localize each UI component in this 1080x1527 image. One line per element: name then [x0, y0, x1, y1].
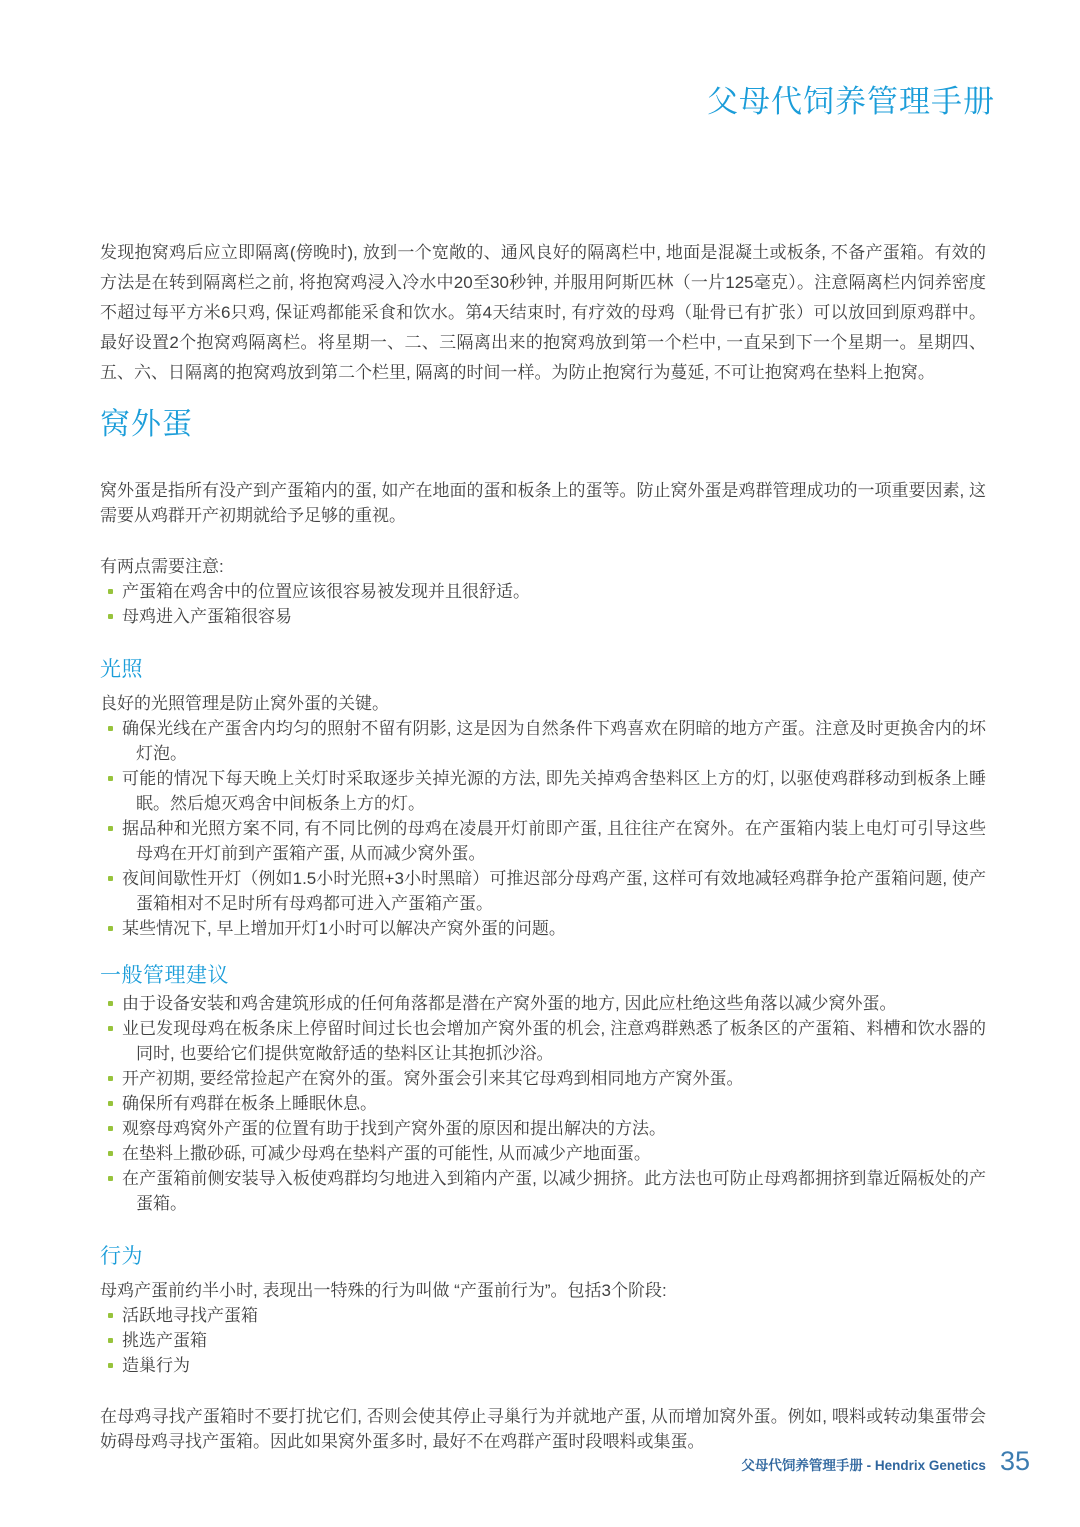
behavior-intro-paragraph: 母鸡产蛋前约半小时, 表现出一特殊的行为叫做 “产蛋前行为”。包括3个阶段: [100, 1278, 986, 1303]
bullet-text: 活跃地寻找产蛋箱 [122, 1306, 258, 1325]
bullet-item: 业已发现母鸡在板条床上停留时间过长也会增加产窝外蛋的机会, 注意鸡群熟悉了板条区… [100, 1016, 986, 1066]
bullet-icon [108, 876, 113, 881]
bullet-text: 某些情况下, 早上增加开灯1小时可以解决产窝外蛋的问题。 [122, 919, 566, 938]
floor-eggs-intro-paragraph: 窝外蛋是指所有没产到产蛋箱内的蛋, 如产在地面的蛋和板条上的蛋等。防止窝外蛋是鸡… [100, 478, 986, 528]
bullet-item: 活跃地寻找产蛋箱 [100, 1303, 986, 1328]
bullet-item: 确保光线在产蛋舍内均匀的照射不留有阴影, 这是因为自然条件下鸡喜欢在阴暗的地方产… [100, 716, 986, 766]
bullet-item: 开产初期, 要经常捡起产在窝外的蛋。窝外蛋会引来其它母鸡到相同地方产窝外蛋。 [100, 1066, 986, 1091]
page-footer: 父母代饲养管理手册 - Hendrix Genetics 35 [741, 1446, 1030, 1477]
bullet-item: 可能的情况下每天晚上关灯时采取逐步关掉光源的方法, 即先关掉鸡舍垫料区上方的灯,… [100, 766, 986, 816]
bullet-item: 夜间间歇性开灯（例如1.5小时光照+3小时黑暗）可推迟部分母鸡产蛋, 这样可有效… [100, 866, 986, 916]
bullet-text: 确保光线在产蛋舍内均匀的照射不留有阴影, 这是因为自然条件下鸡喜欢在阴暗的地方产… [122, 719, 986, 763]
bullet-icon [108, 1338, 113, 1343]
subsection-title-lighting: 光照 [100, 655, 986, 685]
page-content: 发现抱窝鸡后应立即隔离(傍晚时), 放到一个宽敞的、通风良好的隔离栏中, 地面是… [100, 0, 986, 1454]
bullet-icon [108, 589, 113, 594]
bullet-icon [108, 826, 113, 831]
bullet-item: 某些情况下, 早上增加开灯1小时可以解决产窝外蛋的问题。 [100, 916, 986, 941]
behavior-stages-list: 活跃地寻找产蛋箱挑选产蛋箱造巢行为 [100, 1303, 986, 1378]
bullet-text: 观察母鸡窝外产蛋的位置有助于找到产窝外蛋的原因和提出解决的方法。 [122, 1119, 666, 1138]
lighting-recommendations-list: 确保光线在产蛋舍内均匀的照射不留有阴影, 这是因为自然条件下鸡喜欢在阴暗的地方产… [100, 716, 986, 941]
bullet-item: 在垫料上撒砂砾, 可减少母鸡在垫料产蛋的可能性, 从而减少产地面蛋。 [100, 1141, 986, 1166]
bullet-text: 在垫料上撒砂砾, 可减少母鸡在垫料产蛋的可能性, 从而减少产地面蛋。 [122, 1144, 651, 1163]
bullet-icon [108, 1363, 113, 1368]
bullet-icon [108, 1001, 113, 1006]
bullet-text: 母鸡进入产蛋箱很容易 [122, 607, 292, 626]
bullet-icon [108, 1151, 113, 1156]
bullet-icon [108, 1076, 113, 1081]
bullet-item: 在产蛋箱前侧安装导入板使鸡群均匀地进入到箱内产蛋, 以减少拥挤。此方法也可防止母… [100, 1166, 986, 1216]
bullet-icon [108, 1026, 113, 1031]
bullet-text: 由于设备安装和鸡舍建筑形成的任何角落都是潜在产窝外蛋的地方, 因此应杜绝这些角落… [122, 994, 896, 1013]
bullet-icon [108, 614, 113, 619]
floor-eggs-note-label: 有两点需要注意: [100, 554, 986, 579]
bullet-icon [108, 1101, 113, 1106]
floor-eggs-note-list: 产蛋箱在鸡舍中的位置应该很容易被发现并且很舒适。母鸡进入产蛋箱很容易 [100, 579, 986, 629]
bullet-text: 可能的情况下每天晚上关灯时采取逐步关掉光源的方法, 即先关掉鸡舍垫料区上方的灯,… [122, 769, 986, 813]
bullet-text: 据品种和光照方案不同, 有不同比例的母鸡在凌晨开灯前即产蛋, 且往往产在窝外。在… [122, 819, 986, 863]
bullet-text: 开产初期, 要经常捡起产在窝外的蛋。窝外蛋会引来其它母鸡到相同地方产窝外蛋。 [122, 1069, 743, 1088]
bullet-text: 夜间间歇性开灯（例如1.5小时光照+3小时黑暗）可推迟部分母鸡产蛋, 这样可有效… [122, 869, 986, 913]
bullet-item: 产蛋箱在鸡舍中的位置应该很容易被发现并且很舒适。 [100, 579, 986, 604]
bullet-item: 据品种和光照方案不同, 有不同比例的母鸡在凌晨开灯前即产蛋, 且往往产在窝外。在… [100, 816, 986, 866]
lighting-intro-paragraph: 良好的光照管理是防止窝外蛋的关键。 [100, 691, 986, 716]
bullet-item: 挑选产蛋箱 [100, 1328, 986, 1353]
broody-hen-isolation-paragraph: 发现抱窝鸡后应立即隔离(傍晚时), 放到一个宽敞的、通风良好的隔离栏中, 地面是… [100, 238, 986, 388]
footer-manual-name: 父母代饲养管理手册 - Hendrix Genetics [741, 1454, 986, 1474]
bullet-item: 造巢行为 [100, 1353, 986, 1378]
bullet-text: 挑选产蛋箱 [122, 1331, 207, 1350]
bullet-text: 在产蛋箱前侧安装导入板使鸡群均匀地进入到箱内产蛋, 以减少拥挤。此方法也可防止母… [122, 1169, 986, 1213]
bullet-icon [108, 926, 113, 931]
bullet-item: 由于设备安装和鸡舍建筑形成的任何角落都是潜在产窝外蛋的地方, 因此应杜绝这些角落… [100, 991, 986, 1016]
bullet-text: 确保所有鸡群在板条上睡眠休息。 [122, 1094, 377, 1113]
bullet-item: 观察母鸡窝外产蛋的位置有助于找到产窝外蛋的原因和提出解决的方法。 [100, 1116, 986, 1141]
bullet-icon [108, 776, 113, 781]
bullet-icon [108, 1176, 113, 1181]
general-recommendations-list: 由于设备安装和鸡舍建筑形成的任何角落都是潜在产窝外蛋的地方, 因此应杜绝这些角落… [100, 991, 986, 1216]
manual-page: 父母代饲养管理手册 发现抱窝鸡后应立即隔离(傍晚时), 放到一个宽敞的、通风良好… [0, 0, 1080, 1527]
subsection-title-behavior: 行为 [100, 1242, 986, 1272]
bullet-icon [108, 1126, 113, 1131]
subsection-title-general-management: 一般管理建议 [100, 961, 986, 991]
bullet-text: 造巢行为 [122, 1356, 190, 1375]
page-number: 35 [1000, 1446, 1030, 1477]
bullet-icon [108, 1313, 113, 1318]
bullet-item: 确保所有鸡群在板条上睡眠休息。 [100, 1091, 986, 1116]
bullet-item: 母鸡进入产蛋箱很容易 [100, 604, 986, 629]
section-title-floor-eggs: 窝外蛋 [100, 404, 986, 446]
bullet-icon [108, 726, 113, 731]
bullet-text: 业已发现母鸡在板条床上停留时间过长也会增加产窝外蛋的机会, 注意鸡群熟悉了板条区… [122, 1019, 986, 1063]
bullet-text: 产蛋箱在鸡舍中的位置应该很容易被发现并且很舒适。 [122, 582, 530, 601]
